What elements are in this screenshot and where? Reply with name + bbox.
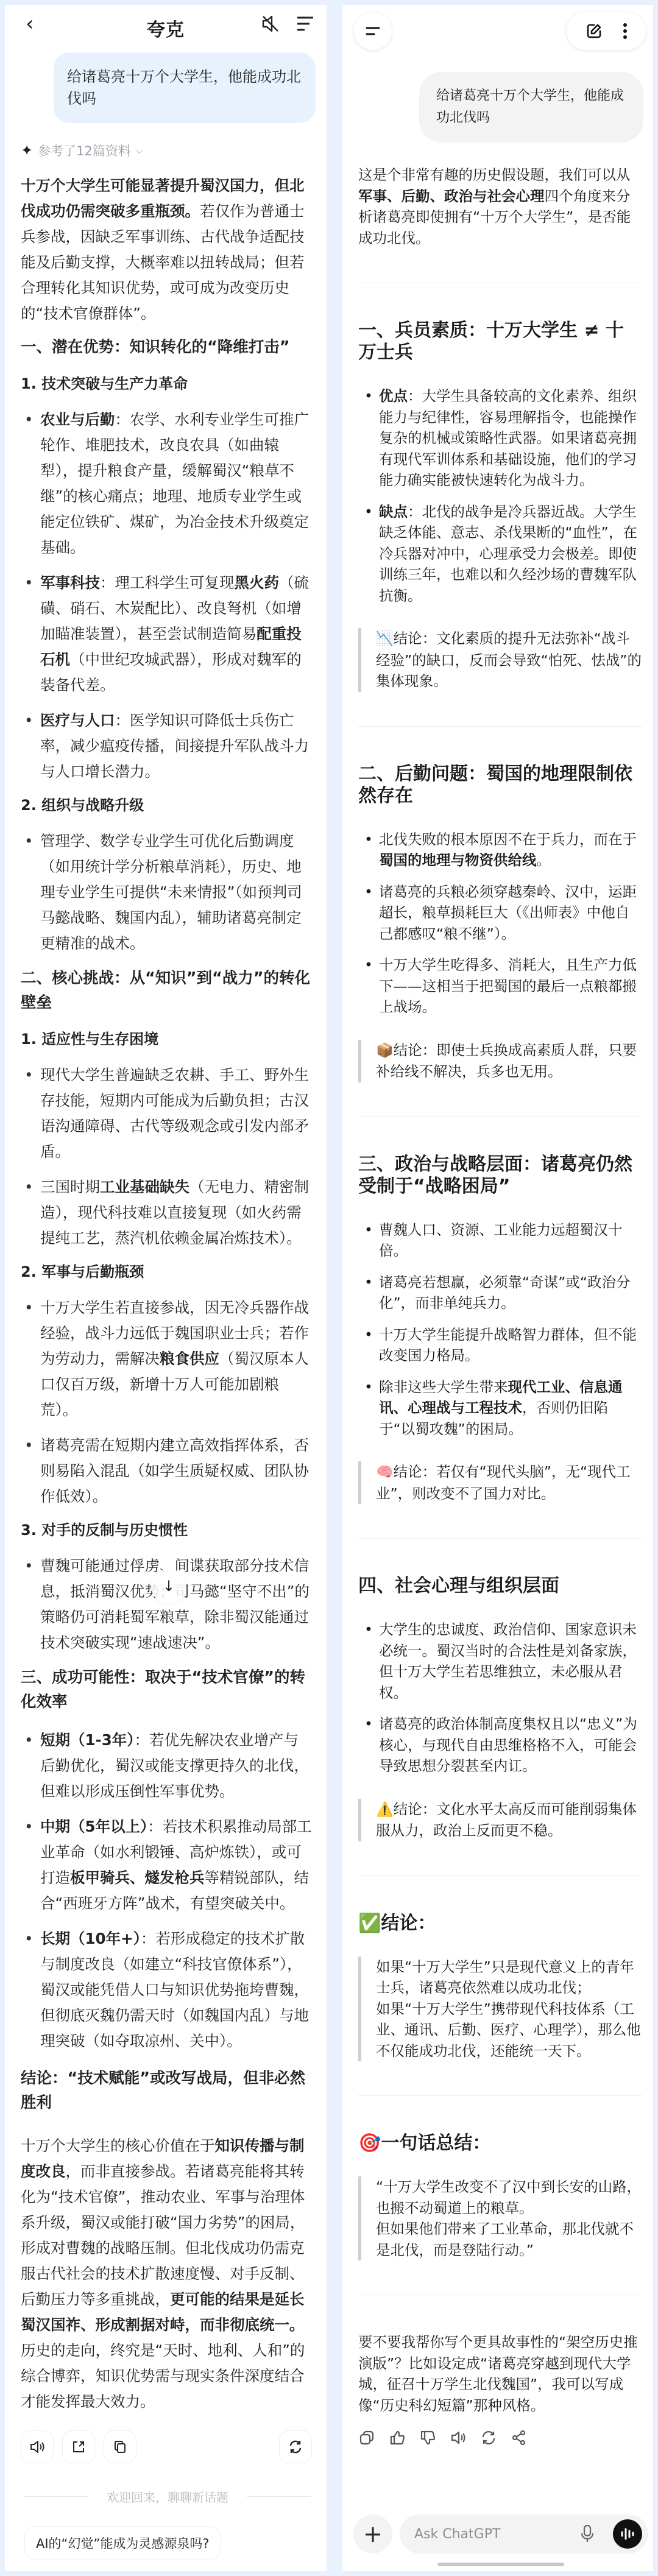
chatgpt-topbar <box>342 5 653 55</box>
list-item: 缺点：北伐的战争是冷兵器近战。大学生缺乏体能、意志、杀伐果断的“血性”，在冷兵器… <box>379 501 642 607</box>
section-heading: 四、社会心理与组织层面 <box>358 1575 642 1597</box>
package-icon: 📦 <box>376 1043 394 1059</box>
list-item: 十万大学生吃得多、消耗大，且生产力低下——这相当于把蜀国的最后一点粮都搬上战场。 <box>379 955 642 1018</box>
list-item: 农业与后勤：农学、水利专业学生可推广轮作、堆肥技术，改良农具（如曲辕犁），提升粮… <box>40 407 313 560</box>
voice-waveform-icon <box>620 2527 635 2541</box>
share-button[interactable] <box>62 2430 95 2463</box>
thumbs-up-icon <box>389 2429 406 2446</box>
regenerate-button[interactable] <box>480 2429 497 2446</box>
speaker-icon <box>29 2440 45 2454</box>
section-divider <box>358 2095 642 2096</box>
references-toggle[interactable]: ✦ 参考了12篇资料 ⌵ <box>21 141 327 160</box>
share-nodes-icon <box>511 2429 528 2446</box>
microphone-button[interactable] <box>580 2524 595 2547</box>
microphone-icon <box>580 2524 595 2544</box>
list-item: 优点：大学生具备较高的文化素养、组织能力与纪律性，容易理解指令，也能操作复杂的机… <box>379 386 642 491</box>
list-item: 除非这些大学生带来现代工业、信息通讯、心理战与工程技术，否则仍旧陷于“以蜀攻魏”… <box>379 1377 642 1440</box>
list-item: 短期（1-3年）：若优先解决农业增产与后勤优化，蜀汉或能支撑更持久的北伐，但难以… <box>40 1727 313 1804</box>
section-divider <box>358 1876 642 1876</box>
quark-header: ‹ 夸克 <box>5 5 327 43</box>
list-item: 管理学、数学专业学生可优化后勤调度（如用统计学分析粮草消耗），历史、地理专业学生… <box>40 828 313 956</box>
conclusion-heading: 结论：“技术赋能”或改写战局，但非必然胜利 <box>21 2066 313 2115</box>
final-conclusion-heading: ✅结论： <box>358 1913 642 1935</box>
quark-answer: 十万个大学生可能显著提升蜀汉国力，但北伐成功仍需突破多重瓶颈。若仅作为普通士兵参… <box>5 160 327 2415</box>
summary-quote: “十万大学生改变不了汉中到长安的山路，也搬不动蜀道上的粮草。 但如果他们带来了工… <box>358 2176 642 2260</box>
section-heading: 二、后勤问题：蜀国的地理限制依然存在 <box>358 763 642 807</box>
list-item: 诸葛亮若想赢，必须靠“奇谋”或“政治分化”，而非单纯兵力。 <box>379 1272 642 1314</box>
section-heading: 三、政治与战略层面：诸葛亮仍然受制于“战略困局” <box>358 1154 642 1198</box>
copy-icon <box>113 2440 127 2454</box>
share-icon <box>71 2440 86 2454</box>
copy-button[interactable] <box>104 2430 136 2463</box>
chart-decreasing-icon: 📉 <box>376 631 394 647</box>
screen-divider <box>327 0 342 2576</box>
list-item: 十万大学生若直接参战，因无冷兵器作战经验，战斗力远低于魏国职业士兵；若作为劳动力… <box>40 1295 313 1423</box>
check-mark-icon: ✅ <box>358 1913 381 1934</box>
section-heading: 二、核心挑战：从“知识”到“战力”的转化壁垒 <box>21 966 313 1015</box>
section-heading: 一、兵员素质：十万大学生 ≠ 十万士兵 <box>358 320 642 364</box>
menu-lines-icon[interactable] <box>296 16 314 32</box>
section-divider <box>358 726 642 727</box>
welcome-divider: 欢迎回来，聊聊新话题 <box>24 2488 311 2505</box>
suggested-topic-chip[interactable]: AI的“幻觉”能成为灵感源泉吗? <box>24 2526 221 2560</box>
chevron-down-icon: ⌵ <box>136 144 143 157</box>
thumbs-up-button[interactable] <box>389 2429 406 2446</box>
subsection-heading: 2. 组织与战略升级 <box>21 794 313 816</box>
list-item: 中期（5年以上）：若技术积累推动局部工业革命（如水利锻锤、高炉炼铁），或可打造板… <box>40 1814 313 1916</box>
more-vertical-icon <box>623 23 628 40</box>
quark-chat-panel: ‹ 夸克 给诸葛亮十万个大学生，他能成功北伐吗 ✦ 参考了12篇资料 ⌵ 十万个… <box>5 5 327 2571</box>
share-button[interactable] <box>511 2429 528 2446</box>
list-item: 现代大学生普遍缺乏农耕、手工、野外生存技能，短期内可能成为后勤负担；古汉语沟通障… <box>40 1062 313 1165</box>
message-input[interactable] <box>414 2527 561 2542</box>
sidebar-menu-button[interactable] <box>354 12 392 50</box>
list-item: 诸葛亮需在短期内建立高效指挥体系，否则易陷入混乱（如学生质疑权威、团队协作低效）… <box>40 1433 313 1509</box>
conclusion-quote: 📦结论：即使士兵换成高素质人群，只要补给线不解决，兵多也无用。 <box>358 1040 642 1082</box>
section-divider <box>358 1117 642 1117</box>
subsection-heading: 3. 对手的反制与历史惯性 <box>21 1519 313 1541</box>
more-options-button[interactable] <box>623 23 628 40</box>
section-divider <box>358 2295 642 2295</box>
list-item: 诸葛亮的政治体制高度集权且以“忠义”为核心，与现代自由思维格格不入，可能会导致思… <box>379 1713 642 1777</box>
composer-field <box>400 2514 648 2553</box>
conclusion-paragraph: 十万个大学生的核心价值在于知识传播与制度改良，而非直接参战。若诸葛亮能将其转化为… <box>21 2133 313 2415</box>
section-divider <box>358 1538 642 1539</box>
thumbs-down-button[interactable] <box>419 2429 436 2446</box>
list-item: 诸葛亮的兵粮必须穿越秦岭、汉中，运距超长，粮草损耗巨大（《出师表》中他自己都感叹… <box>379 881 642 945</box>
list-item: 北伐失败的根本原因不在于兵力，而在于蜀国的地理与物资供给线。 <box>379 829 642 871</box>
conclusion-quote: 🧠结论：若仅有“现代头脑”，无“现代工业”，则改变不了国力对比。 <box>358 1461 642 1504</box>
speaker-icon <box>450 2429 467 2446</box>
chatgpt-answer: 这是个非常有趣的历史假设题，我们可以从军事、后勤、政治与社会心理四个角度来分析诸… <box>342 143 653 2446</box>
brain-icon: 🧠 <box>376 1464 394 1480</box>
user-message-bubble: 给诸葛亮十万个大学生，他能成功北伐吗 <box>54 52 316 123</box>
attach-plus-button[interactable]: + <box>353 2514 392 2553</box>
list-item: 医疗与人口：医学知识可降低士兵伤亡率，减少瘟疫传播，间接提升军队战斗力与人口增长… <box>40 708 313 785</box>
refresh-icon <box>288 2439 303 2455</box>
section-divider <box>358 283 642 283</box>
list-item: 长期（10年+）：若形成稳定的技术扩散与制度改良（如建立“科技官僚体系”），蜀汉… <box>40 1926 313 2054</box>
subsection-heading: 2. 军事与后勤瓶颈 <box>21 1261 313 1283</box>
list-item: 曹魏可能通过俘虏、间谍获取部分技术信息，抵消蜀汉优势；司马懿“坚守不出”的策略仍… <box>40 1553 313 1656</box>
composer: + <box>353 2514 653 2555</box>
followup-offer: 要不要我帮你写个更具故事性的“架空历史推演版”？比如设定成“诸葛亮穿越到现代大学… <box>358 2332 642 2416</box>
voice-mode-button[interactable] <box>613 2519 642 2549</box>
section-heading: 一、潜在优势：知识转化的“降维打击” <box>21 335 313 359</box>
answer-actions <box>21 2430 312 2463</box>
copy-icon <box>358 2429 375 2446</box>
speaker-muted-icon[interactable] <box>261 15 280 33</box>
list-item: 十万大学生能提升战略智力群体，但不能改变国力格局。 <box>379 1324 642 1366</box>
menu-lines-icon <box>364 25 381 37</box>
answer-intro: 十万个大学生可能显著提升蜀汉国力，但北伐成功仍需突破多重瓶颈。若仅作为普通士兵参… <box>21 173 313 326</box>
refresh-icon <box>480 2429 497 2446</box>
warning-icon: ⚠️ <box>376 1802 394 1818</box>
subsection-heading: 1. 技术突破与生产力革命 <box>21 373 313 395</box>
references-label: 参考了12篇资料 <box>38 141 131 160</box>
list-item: 大学生的忠诚度、政治信仰、国家意识未必统一。蜀汉当时的合法性是刘备家族，但十万大… <box>379 1619 642 1703</box>
edit-pencil-icon <box>585 23 603 40</box>
regenerate-button[interactable] <box>279 2430 312 2463</box>
scroll-down-button[interactable]: ↓ <box>151 1569 186 1604</box>
new-chat-button[interactable] <box>585 23 603 40</box>
answer-intro: 这是个非常有趣的历史假设题，我们可以从军事、后勤、政治与社会心理四个角度来分析诸… <box>358 164 642 249</box>
chatgpt-chat-panel: 给诸葛亮十万个大学生，他能成功北伐吗 这是个非常有趣的历史假设题，我们可以从军事… <box>342 5 653 2571</box>
user-message-bubble: 给诸葛亮十万个大学生，他能成功北伐吗 <box>419 72 643 143</box>
summary-heading: 🎯一句话总结： <box>358 2133 642 2154</box>
sparkle-icon: ✦ <box>21 142 33 159</box>
home-indicator <box>437 2563 564 2566</box>
list-item: 三国时期工业基础缺失（无电力、精密制造），现代科技难以直接复现（如火药需提纯工艺… <box>40 1174 313 1251</box>
section-heading: 三、成功可能性：取决于“技术官僚”的转化效率 <box>21 1665 313 1714</box>
subsection-heading: 1. 适应性与生存困境 <box>21 1028 313 1050</box>
topbar-actions <box>567 12 646 50</box>
read-aloud-button[interactable] <box>21 2430 54 2463</box>
final-conclusion-quote: 如果“十万大学生”只是现代意义上的青年士兵，诸葛亮依然难以成功北伐； 如果“十万… <box>358 1957 642 2062</box>
message-actions <box>358 2429 642 2446</box>
list-item: 军事科技：理工科学生可复现黑火药（硫磺、硝石、木炭配比）、改良弩机（如增加瞄准装… <box>40 570 313 698</box>
thumbs-down-icon <box>419 2429 436 2446</box>
conclusion-quote: ⚠️结论：文化水平太高反而可能削弱集体服从力，政治上反而更不稳。 <box>358 1799 642 1841</box>
copy-button[interactable] <box>358 2429 375 2446</box>
target-icon: 🎯 <box>358 2133 381 2154</box>
list-item: 曹魏人口、资源、工业能力远超蜀汉十倍。 <box>379 1219 642 1262</box>
conclusion-quote: 📉结论：文化素质的提升无法弥补“战斗经验”的缺口，反而会导致“怕死、怯战”的集体… <box>358 628 642 692</box>
read-aloud-button[interactable] <box>450 2429 467 2446</box>
